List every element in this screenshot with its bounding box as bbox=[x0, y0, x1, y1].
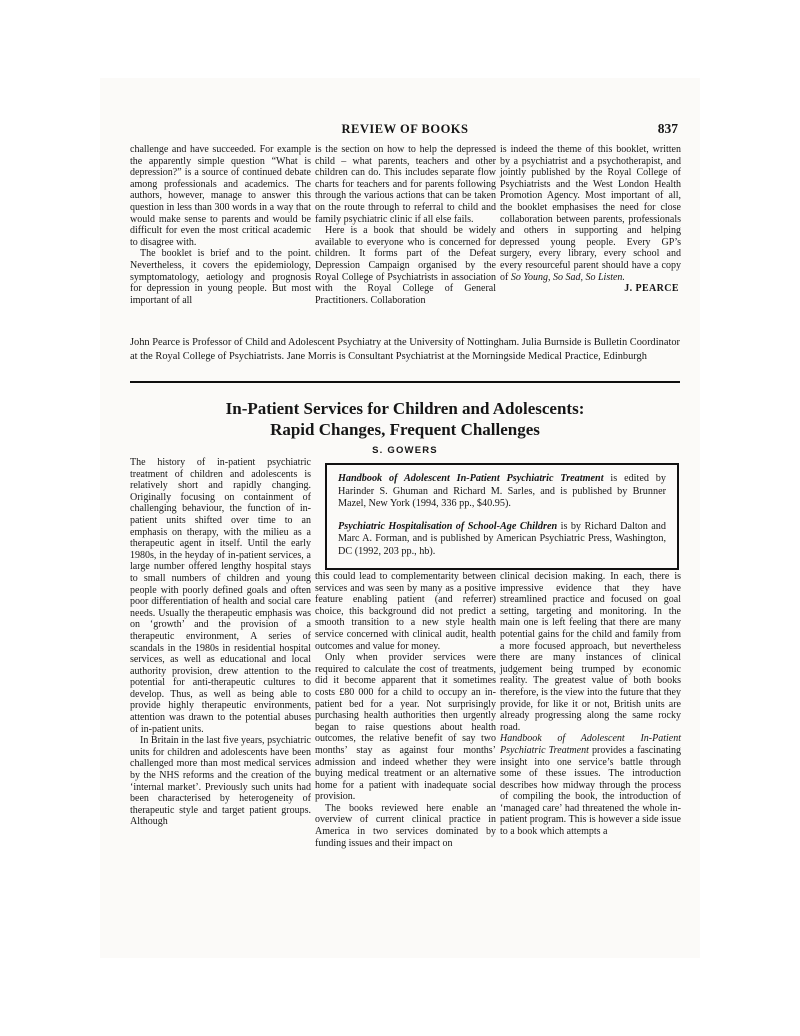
article-title-line2: Rapid Changes, Frequent Challenges bbox=[270, 420, 540, 439]
book-info-box: Handbook of Adolescent In-Patient Psychi… bbox=[325, 463, 679, 570]
review-top-column-2: is the section on how to help the depres… bbox=[315, 144, 496, 306]
paragraph: In Britain in the last five years, psych… bbox=[130, 735, 311, 828]
paragraph: challenge and have succeeded. For exampl… bbox=[130, 144, 311, 248]
paragraph: The booklet is brief and to the point. N… bbox=[130, 248, 311, 306]
paragraph: clinical decision making. In each, there… bbox=[500, 571, 681, 733]
reviewer-signature: J. PEARCE bbox=[500, 283, 681, 295]
book-title: Handbook of Adolescent In-Patient Psychi… bbox=[338, 473, 604, 484]
article-title-line1: In-Patient Services for Children and Ado… bbox=[226, 399, 585, 418]
book-title-inline: So Young, So Sad, So Listen. bbox=[511, 272, 625, 283]
section-divider-rule bbox=[130, 381, 680, 383]
article-column-2: this could lead to complementarity betwe… bbox=[315, 571, 496, 849]
article-author: S. GOWERS bbox=[130, 445, 680, 456]
scanned-journal-screenshot: REVIEW OF BOOKS 837 challenge and have s… bbox=[0, 0, 800, 1036]
paragraph: The books reviewed here enable an overvi… bbox=[315, 803, 496, 849]
journal-page: REVIEW OF BOOKS 837 challenge and have s… bbox=[100, 78, 700, 958]
paragraph: is the section on how to help the depres… bbox=[315, 144, 496, 225]
article-column-1: The history of in-patient psychiatric tr… bbox=[130, 457, 311, 828]
paragraph: Handbook of Adolescent In-Patient Psychi… bbox=[500, 733, 681, 837]
paragraph: this could lead to complementarity betwe… bbox=[315, 571, 496, 652]
paragraph-text: provides a fascinating insight into one … bbox=[500, 745, 681, 837]
running-head: REVIEW OF BOOKS 837 bbox=[130, 122, 680, 138]
article-column-3: clinical decision making. In each, there… bbox=[500, 571, 681, 838]
reviewer-bio-note: John Pearce is Professor of Child and Ad… bbox=[130, 336, 680, 364]
paragraph-text: is indeed the theme of this booklet, wri… bbox=[500, 144, 681, 283]
running-head-title: REVIEW OF BOOKS bbox=[130, 122, 680, 137]
article-title: In-Patient Services for Children and Ado… bbox=[130, 398, 680, 440]
review-top-column-1: challenge and have succeeded. For exampl… bbox=[130, 144, 311, 306]
paragraph: Only when provider services were require… bbox=[315, 652, 496, 803]
paragraph: The history of in-patient psychiatric tr… bbox=[130, 457, 311, 735]
page-number: 837 bbox=[658, 121, 678, 137]
book-title: Psychiatric Hospitalisation of School-Ag… bbox=[338, 521, 557, 532]
book-entry: Handbook of Adolescent In-Patient Psychi… bbox=[338, 473, 666, 511]
book-entry: Psychiatric Hospitalisation of School-Ag… bbox=[338, 521, 666, 559]
paragraph: is indeed the theme of this booklet, wri… bbox=[500, 144, 681, 283]
review-top-column-3: is indeed the theme of this booklet, wri… bbox=[500, 144, 681, 295]
paragraph: Here is a book that should be widely ava… bbox=[315, 225, 496, 306]
